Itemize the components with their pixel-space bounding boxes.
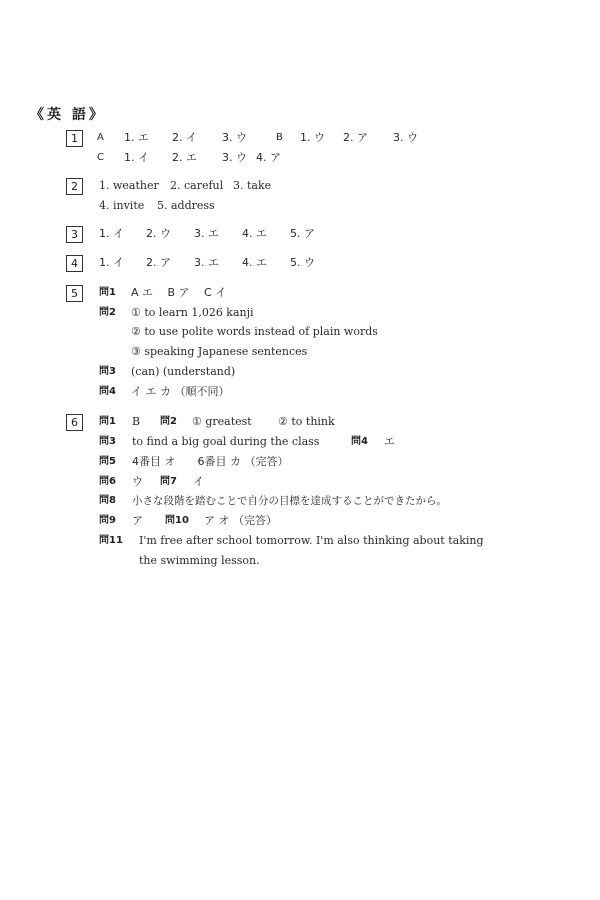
q6-sub-1-answer: B bbox=[132, 415, 140, 429]
q5-sub-4-answer: イ エ カ （順不同） bbox=[131, 385, 230, 399]
q6-sub-7-label: 問7 bbox=[160, 475, 177, 489]
q6-sub-4-answer: エ bbox=[384, 435, 395, 449]
q6-sub-11-answer-line-2: the swimming lesson. bbox=[139, 554, 260, 568]
q6-sub-6-label: 問6 bbox=[99, 475, 116, 489]
q1-c-answer-4: 4. ア bbox=[256, 151, 281, 165]
q6-sub-4-label: 問4 bbox=[351, 435, 368, 449]
q1-c-answer-3: 3. ウ bbox=[222, 151, 247, 165]
q2-answer-4: 4. invite bbox=[99, 199, 144, 213]
q4-answer-1: 1. イ bbox=[99, 256, 124, 270]
q1-b-answer-1: 1. ウ bbox=[300, 131, 325, 145]
q5-sub-1-label: 問1 bbox=[99, 286, 116, 300]
q6-sub-5-answer: 4番目 オ 6番目 カ （完答） bbox=[132, 455, 289, 469]
q1-part-a-label: A bbox=[97, 131, 104, 145]
q3-answer-3: 3. エ bbox=[194, 227, 219, 241]
q3-answer-2: 2. ウ bbox=[146, 227, 171, 241]
q1-a-answer-1: 1. エ bbox=[124, 131, 149, 145]
q6-sub-5-label: 問5 bbox=[99, 455, 116, 469]
q1-part-c-label: C bbox=[97, 151, 104, 165]
q6-sub-3-label: 問3 bbox=[99, 435, 116, 449]
q2-answer-2: 2. careful bbox=[170, 179, 223, 193]
q6-sub-2-answer-2: ② to think bbox=[278, 415, 335, 429]
q4-answer-5: 5. ウ bbox=[290, 256, 315, 270]
q6-sub-9-label: 問9 bbox=[99, 514, 116, 528]
q6-sub-11-label: 問11 bbox=[99, 534, 123, 548]
answer-sheet-page: 《英 語》 1 A 1. エ 2. イ 3. ウ B 1. ウ 2. ア 3. … bbox=[0, 0, 600, 900]
q1-a-answer-2: 2. イ bbox=[172, 131, 197, 145]
q6-sub-9-answer: ア bbox=[132, 514, 143, 528]
question-number-box-6: 6 bbox=[66, 414, 83, 431]
q2-answer-5: 5. address bbox=[157, 199, 215, 213]
q2-answer-1: 1. weather bbox=[99, 179, 159, 193]
q1-part-b-label: B bbox=[276, 131, 283, 145]
q2-answer-3: 3. take bbox=[233, 179, 271, 193]
question-number-box-3: 3 bbox=[66, 226, 83, 243]
q6-sub-6-answer: ウ bbox=[132, 475, 143, 489]
q4-answer-4: 4. エ bbox=[242, 256, 267, 270]
q3-answer-4: 4. エ bbox=[242, 227, 267, 241]
section-title: 《英 語》 bbox=[30, 104, 106, 124]
q5-sub-2-answer-1: ① to learn 1,026 kanji bbox=[131, 306, 254, 320]
q1-b-answer-2: 2. ア bbox=[343, 131, 368, 145]
question-number-box-1: 1 bbox=[66, 130, 83, 147]
q6-sub-8-answer: 小さな段階を踏むことで自分の目標を達成することができたから。 bbox=[132, 494, 447, 508]
q3-answer-1: 1. イ bbox=[99, 227, 124, 241]
q1-c-answer-2: 2. エ bbox=[172, 151, 197, 165]
q4-answer-3: 3. エ bbox=[194, 256, 219, 270]
q3-answer-5: 5. ア bbox=[290, 227, 315, 241]
q1-c-answer-1: 1. イ bbox=[124, 151, 149, 165]
q5-sub-2-answer-2: ② to use polite words instead of plain w… bbox=[131, 325, 378, 339]
q6-sub-11-answer-line-1: I'm free after school tomorrow. I'm also… bbox=[139, 534, 484, 548]
q4-answer-2: 2. ア bbox=[146, 256, 171, 270]
q5-sub-3-answer: (can) (understand) bbox=[131, 365, 235, 379]
question-number-box-5: 5 bbox=[66, 285, 83, 302]
q5-sub-1-answer: A エ B ア C イ bbox=[131, 286, 226, 300]
q5-sub-2-answer-3: ③ speaking Japanese sentences bbox=[131, 345, 307, 359]
q6-sub-10-label: 問10 bbox=[165, 514, 189, 528]
q6-sub-3-answer: to find a big goal during the class bbox=[132, 435, 319, 449]
q6-sub-7-answer: イ bbox=[193, 475, 204, 489]
q1-b-answer-3: 3. ウ bbox=[393, 131, 418, 145]
question-number-box-4: 4 bbox=[66, 255, 83, 272]
q6-sub-2-answer-1: ① greatest bbox=[192, 415, 252, 429]
q5-sub-3-label: 問3 bbox=[99, 365, 116, 379]
q6-sub-2-label: 問2 bbox=[160, 415, 177, 429]
question-number-box-2: 2 bbox=[66, 178, 83, 195]
q6-sub-1-label: 問1 bbox=[99, 415, 116, 429]
q6-sub-10-answer: ア オ （完答） bbox=[204, 514, 277, 528]
q5-sub-4-label: 問4 bbox=[99, 385, 116, 399]
q1-a-answer-3: 3. ウ bbox=[222, 131, 247, 145]
q5-sub-2-label: 問2 bbox=[99, 306, 116, 320]
q6-sub-8-label: 問8 bbox=[99, 494, 116, 508]
